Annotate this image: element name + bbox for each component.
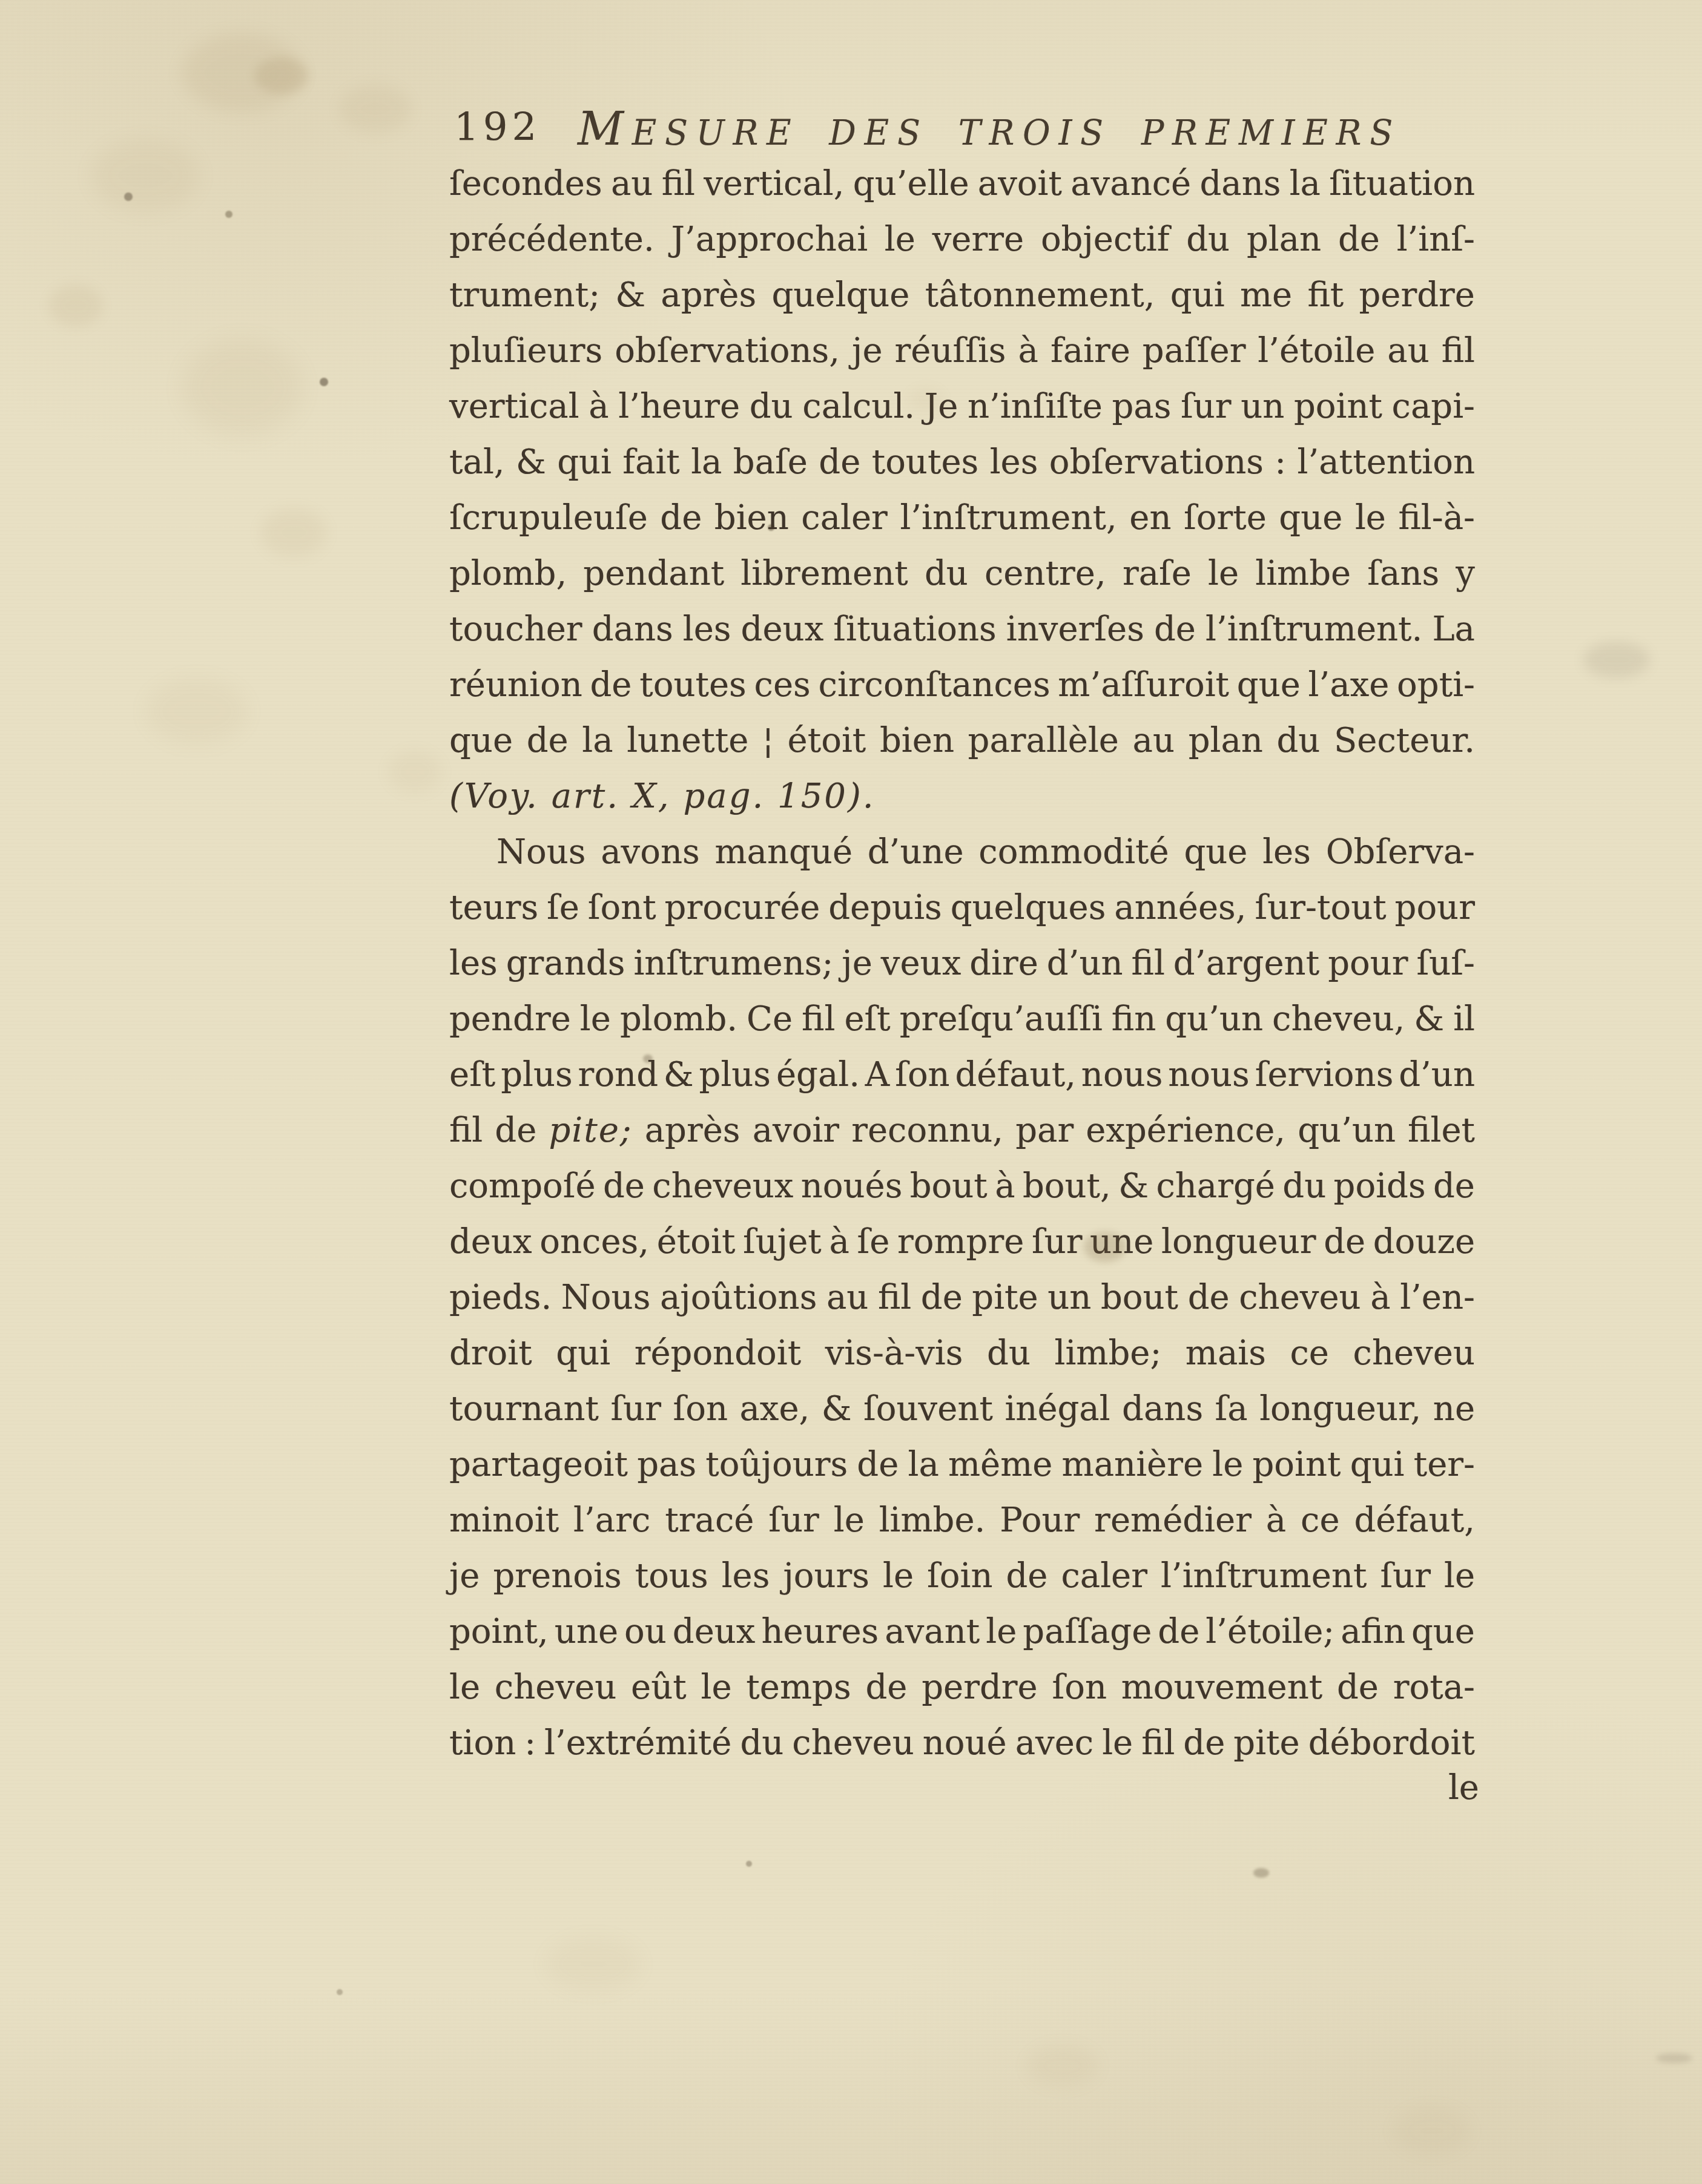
paper-stain [145,678,248,745]
paper-stain [1253,1868,1269,1878]
paper-stain [1656,2053,1692,2063]
text-line-content: les grands inſtrumens; je veux dire d’un… [449,936,1475,992]
text-line-content: fil de pite; après avoir reconnu, par ex… [449,1103,1475,1159]
text-line-17: eſt plus rond & plus égal. A ſon défaut,… [449,1047,1475,1103]
running-header: 192 MESURE DES TROIS PREMIERS [449,91,1475,163]
text-line-14: teurs ſe ſont procurée depuis quelques a… [449,880,1475,936]
text-line-10: réunion de toutes ces circonſtances m’aſ… [449,657,1475,713]
text-line-content: ſecondes au fil vertical, qu’elle avoit … [449,156,1475,212]
text-line-content: réunion de toutes ces circonſtances m’aſ… [449,657,1475,713]
paper-stain [225,211,233,218]
text-line-content: plomb, pendant librement du centre, raſe… [449,546,1475,602]
text-line-20: deux onces, étoit ſujet à ſe rompre ſur … [449,1214,1475,1270]
text-line-16: pendre le plomb. Ce fil eſt preſqu’auſſi… [449,992,1475,1047]
paper-stain [254,58,309,94]
text-line-content: trument; & après quelque tâtonnement, qu… [449,268,1475,323]
text-line-11: que de la lunette ¦ étoit bien parallèle… [449,713,1475,769]
paper-stain [124,192,133,201]
text-line-content: eſt plus rond & plus égal. A ſon défaut,… [449,1047,1475,1103]
running-title-rest: ESURE DES TROIS PREMIERS [632,113,1401,153]
text-segment: fil de [449,1111,549,1150]
text-line-content: pieds. Nous ajoûtions au fil de pite un … [449,1270,1475,1326]
text-line-25: minoit l’arc tracé ſur le limbe. Pour re… [449,1493,1475,1548]
text-line-content: droit qui répondoit vis-à-vis du limbe; … [449,1326,1475,1381]
text-line-9: toucher dans les deux ſituations inverſe… [449,602,1475,657]
paper-stain [1026,2045,1099,2087]
text-line-21: pieds. Nous ajoûtions au fil de pite un … [449,1270,1475,1326]
paper-stain [1393,2107,1471,2155]
body-text: ſecondes au fil vertical, qu’elle avoit … [449,156,1475,1771]
paper-stain [388,751,442,793]
text-line-24: partageoit pas toûjours de la même maniè… [449,1437,1475,1493]
text-line-18: fil de pite; après avoir reconnu, par ex… [449,1103,1475,1159]
scanned-book-page: 192 MESURE DES TROIS PREMIERS ſecondes a… [0,0,1702,2184]
text-line-content: tournant ſur ſon axe, & ſouvent inégal d… [449,1381,1475,1437]
text-line-content: tal, & qui fait la baſe de toutes les ob… [449,435,1475,490]
text-line-13: Nous avons manqué d’une commodité que le… [449,824,1475,880]
text-line-28: le cheveu eût le temps de perdre ſon mou… [449,1660,1475,1715]
text-line-2: précédente. J’approchai le verre objecti… [449,212,1475,268]
text-line-content: minoit l’arc tracé ſur le limbe. Pour re… [449,1493,1475,1548]
text-segment: après avoir reconnu, par expérience, qu’… [633,1111,1475,1150]
text-line-content: vertical à l’heure du calcul. Je n’inſiſ… [449,379,1475,435]
page-number: 192 [454,105,541,150]
text-line-23: tournant ſur ſon axe, & ſouvent inégal d… [449,1381,1475,1437]
text-line-content: le cheveu eût le temps de perdre ſon mou… [449,1660,1475,1715]
text-line-content: ſcrupuleuſe de bien caler l’inſtrument, … [449,490,1475,546]
text-line-6: tal, & qui fait la baſe de toutes les ob… [449,435,1475,490]
paper-stain [1583,642,1650,678]
text-line-27: point, une ou deux heures avant le paſſa… [449,1604,1475,1660]
text-line-content: (Voy. art. X, pag. 150). [449,769,876,824]
paper-stain [320,378,328,386]
text-line-15: les grands inſtrumens; je veux dire d’un… [449,936,1475,992]
paper-stain [545,1937,642,1992]
paper-stain [260,508,327,557]
text-line-content: deux onces, étoit ſujet à ſe rompre ſur … [449,1214,1475,1270]
paper-stain [91,139,200,212]
text-line-content: pluſieurs obſervations, je réuſſis à fai… [449,323,1475,379]
text-line-content: compoſé de cheveux noués bout à bout, & … [449,1159,1475,1214]
text-line-content: partageoit pas toûjours de la même maniè… [449,1437,1475,1493]
text-line-content: toucher dans les deux ſituations inverſe… [449,602,1475,657]
paper-stain [182,33,303,112]
paper-stain [339,85,412,133]
paper-stain [746,1861,752,1867]
paper-stain [182,339,303,436]
catchword: le [449,1760,1479,1816]
text-line-8: plomb, pendant librement du centre, raſe… [449,546,1475,602]
paper-stain [48,285,103,327]
text-line-content: Nous avons manqué d’une commodité que le… [496,824,1475,880]
text-line-1: ſecondes au fil vertical, qu’elle avoit … [449,156,1475,212]
text-line-content: point, une ou deux heures avant le paſſa… [449,1604,1475,1660]
text-segment: pite; [549,1111,632,1150]
text-line-content: que de la lunette ¦ étoit bien parallèle… [449,713,1475,769]
text-line-26: je prenois tous les jours le ſoin de cal… [449,1548,1475,1604]
text-line-7: ſcrupuleuſe de bien caler l’inſtrument, … [449,490,1475,546]
text-line-content: pendre le plomb. Ce fil eſt preſqu’auſſi… [449,992,1475,1047]
text-line-4: pluſieurs obſervations, je réuſſis à fai… [449,323,1475,379]
text-line-content: précédente. J’approchai le verre objecti… [449,212,1475,268]
text-line-19: compoſé de cheveux noués bout à bout, & … [449,1159,1475,1214]
text-line-content: teurs ſe ſont procurée depuis quelques a… [449,880,1475,936]
paper-stain [337,1989,343,1995]
text-line-5: vertical à l’heure du calcul. Je n’inſiſ… [449,379,1475,435]
text-line-content: je prenois tous les jours le ſoin de cal… [449,1548,1475,1604]
running-title-text: MESURE DES TROIS PREMIERS [578,104,1401,158]
text-line-22: droit qui répondoit vis-à-vis du limbe; … [449,1326,1475,1381]
running-title: MESURE DES TROIS PREMIERS [578,91,1401,158]
running-title-initial: M [578,102,632,156]
text-line-12: (Voy. art. X, pag. 150). [449,769,1475,824]
text-line-3: trument; & après quelque tâtonnement, qu… [449,268,1475,323]
